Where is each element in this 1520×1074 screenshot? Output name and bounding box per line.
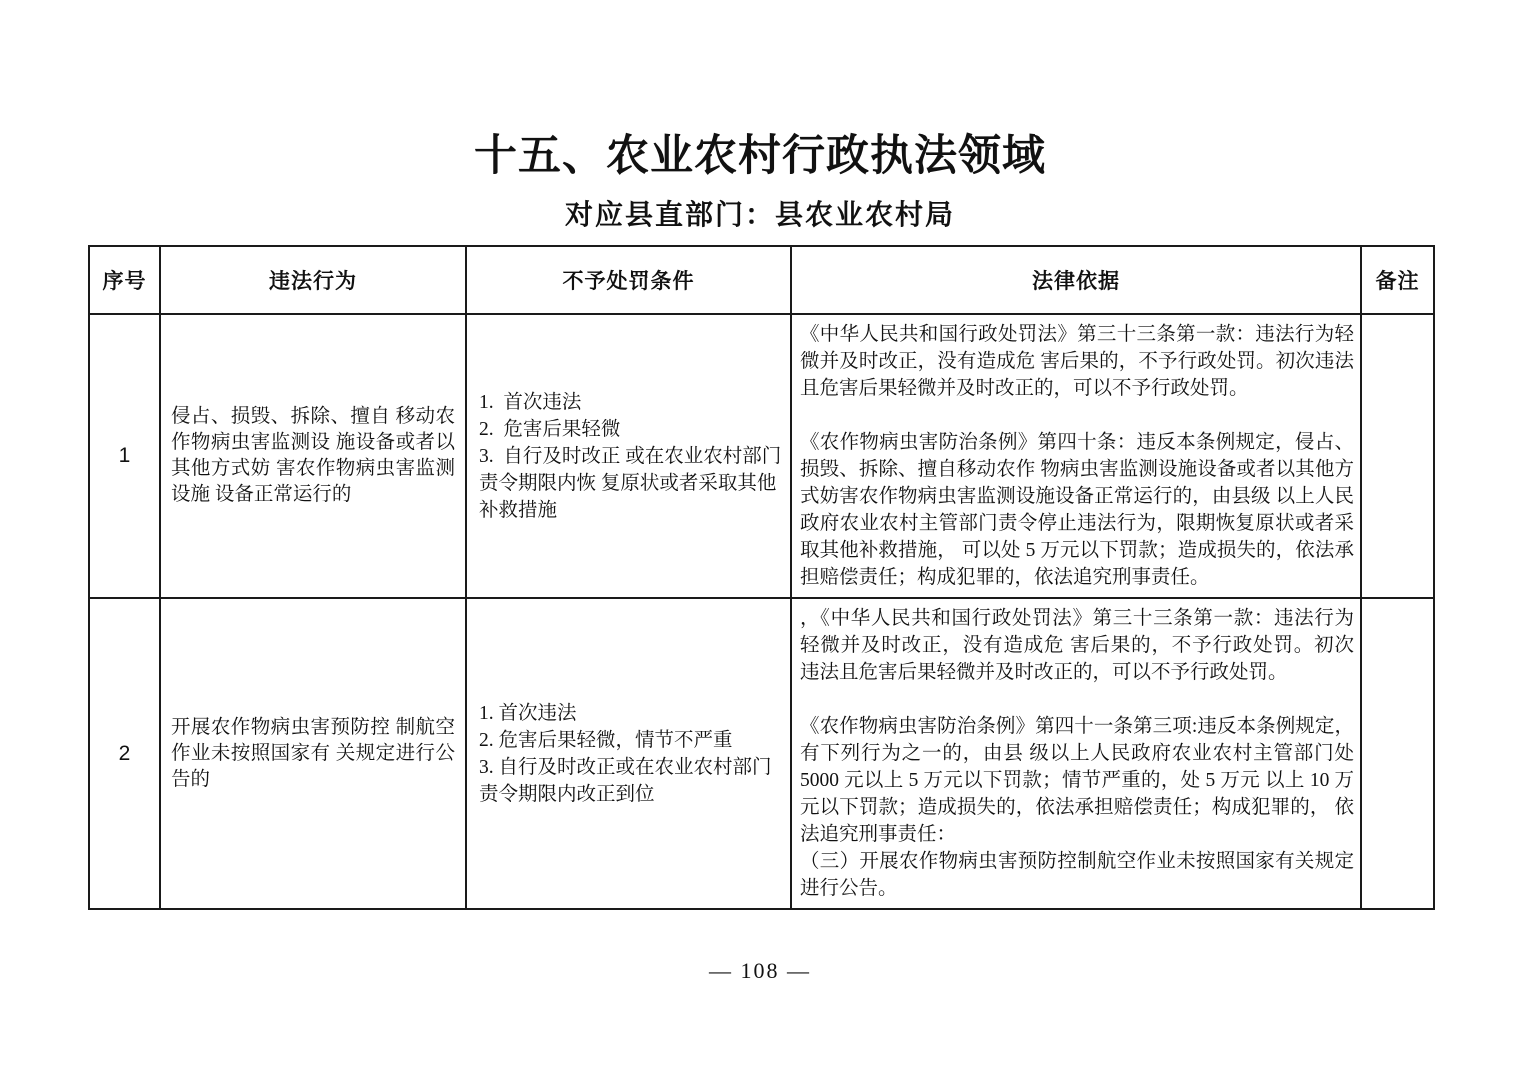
page-number: — 108 —	[0, 958, 1520, 984]
header-conditions: 不予处罚条件	[466, 246, 791, 314]
remark-cell	[1361, 314, 1434, 598]
document-page: 十五、农业农村行政执法领域 对应县直部门：县农业农村局 序号 违法行为 不予处罚…	[0, 0, 1520, 1074]
table-header-row: 序号 违法行为 不予处罚条件 法律依据 备注	[89, 246, 1434, 314]
legal-basis-cell: 《中华人民共和国行政处罚法》第三十三条第一款：违法行为轻微并及时改正，没有造成危…	[791, 314, 1361, 598]
violation-cell: 侵占、损毁、拆除、擅自 移动农作物病虫害监测设 施设备或者以其他方式妨 害农作物…	[160, 314, 466, 598]
header-index: 序号	[89, 246, 160, 314]
row-index: 1	[89, 314, 160, 598]
document-subtitle: 对应县直部门：县农业农村局	[0, 193, 1520, 233]
conditions-cell: 1. 首次违法 2. 危害后果轻微，情节不严重 3. 自行及时改正或在农业农村部…	[466, 598, 791, 909]
regulation-table: 序号 违法行为 不予处罚条件 法律依据 备注 1 侵占、损毁、拆除、擅自 移动农…	[88, 245, 1435, 910]
document-title: 十五、农业农村行政执法领域	[0, 122, 1520, 183]
header-violation: 违法行为	[160, 246, 466, 314]
table-row: 1 侵占、损毁、拆除、擅自 移动农作物病虫害监测设 施设备或者以其他方式妨 害农…	[89, 314, 1434, 598]
header-legal-basis: 法律依据	[791, 246, 1361, 314]
header-remark: 备注	[1361, 246, 1434, 314]
violation-cell: 开展农作物病虫害预防控 制航空作业未按照国家有 关规定进行公告的	[160, 598, 466, 909]
conditions-cell: 1. 首次违法 2. 危害后果轻微 3. 自行及时改正 或在农业农村部门责令期限…	[466, 314, 791, 598]
table-row: 2 开展农作物病虫害预防控 制航空作业未按照国家有 关规定进行公告的 1. 首次…	[89, 598, 1434, 909]
legal-basis-cell: ，《中华人民共和国行政处罚法》第三十三条第一款：违法行为 轻微并及时改正，没有造…	[791, 598, 1361, 909]
row-index: 2	[89, 598, 160, 909]
remark-cell	[1361, 598, 1434, 909]
